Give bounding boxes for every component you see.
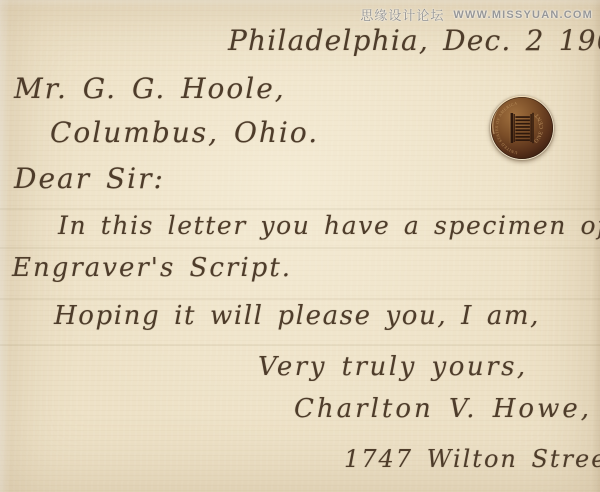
one-cent-coin: UNITED STATES OF AMERICA ONE CENT [490, 96, 554, 160]
ruled-line [0, 298, 600, 300]
letter-line-recipient-city: Columbus, Ohio. [50, 116, 319, 149]
letter-line-salutation: Dear Sir: [14, 162, 165, 195]
ruled-line [0, 247, 600, 249]
letter-line-address: 1747 Wilton Street. [344, 445, 600, 473]
letter-line-body-1: In this letter you have a specimen of my [58, 211, 600, 240]
letter-line-body-3: Hoping it will please you, I am, [54, 301, 540, 331]
letter-line-dateline: Philadelphia, Dec. 2 1907. [228, 24, 600, 57]
coin-svg: UNITED STATES OF AMERICA ONE CENT [490, 96, 554, 160]
letter-photo: 思缘设计论坛 WWW.MISSYUAN.COM Philadelphia, De… [0, 0, 600, 492]
ruled-line [0, 344, 600, 346]
letter-line-closing: Very truly yours, [258, 352, 528, 382]
letter-line-body-2: Engraver's Script. [12, 253, 292, 283]
watermark: 思缘设计论坛 WWW.MISSYUAN.COM [360, 5, 593, 24]
letter-line-signature: Charlton V. Howe, [294, 394, 592, 424]
letter-line-recipient-name: Mr. G. G. Hoole, [14, 72, 286, 105]
watermark-site-name: 思缘设计论坛 [360, 5, 444, 24]
watermark-site-url: WWW.MISSYUAN.COM [453, 9, 593, 21]
memorial-highlight [510, 113, 511, 143]
ruled-line [0, 208, 600, 210]
